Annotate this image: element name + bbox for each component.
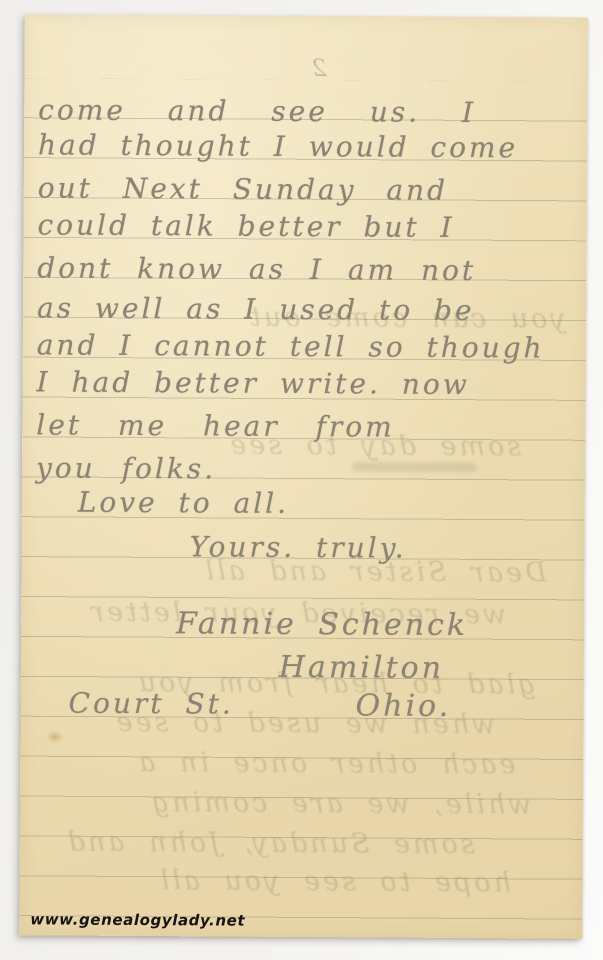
- watermark: www.genealogylady.net: [30, 910, 245, 929]
- signature-street: Court St.: [69, 687, 234, 721]
- letter-line: could talk better but I: [37, 208, 454, 244]
- signature-name: Fannie Schenck: [176, 606, 468, 643]
- letter-line: out Next Sunday and: [38, 171, 448, 207]
- letter-line: come and see us. I: [38, 93, 476, 129]
- letter-line: dont know as I am not: [37, 251, 476, 287]
- letter-line: let me hear from: [36, 408, 395, 443]
- bleedthrough-line: while, we are coming: [148, 787, 531, 820]
- letter-line: had thought I would come: [38, 128, 518, 164]
- letter-line: I had better write. now: [36, 365, 469, 401]
- bleedthrough-line: hope to see you all: [157, 865, 511, 898]
- scan-background: 2 you can come out some day to see Dear …: [0, 0, 603, 960]
- letter-line: and I cannot tell so though: [37, 328, 545, 364]
- letter-line: as well as I used to be: [37, 291, 475, 327]
- letter-closing-yours: Yours. truly.: [189, 530, 406, 564]
- paper-stain: [46, 730, 63, 743]
- letter-page: 2 you can come out some day to see Dear …: [19, 14, 588, 938]
- letter-closing-love: Love to all.: [78, 486, 289, 520]
- letter-line: you folks.: [36, 451, 216, 485]
- bleedthrough-line: some Sunday, John and: [65, 827, 475, 861]
- ghost-page-number: 2: [309, 54, 326, 82]
- signature-state: Ohio.: [355, 688, 451, 724]
- bleedthrough-line: each other once in a: [136, 747, 515, 780]
- signature-city: Hamilton: [279, 650, 444, 686]
- pencil-smudge: [352, 462, 477, 472]
